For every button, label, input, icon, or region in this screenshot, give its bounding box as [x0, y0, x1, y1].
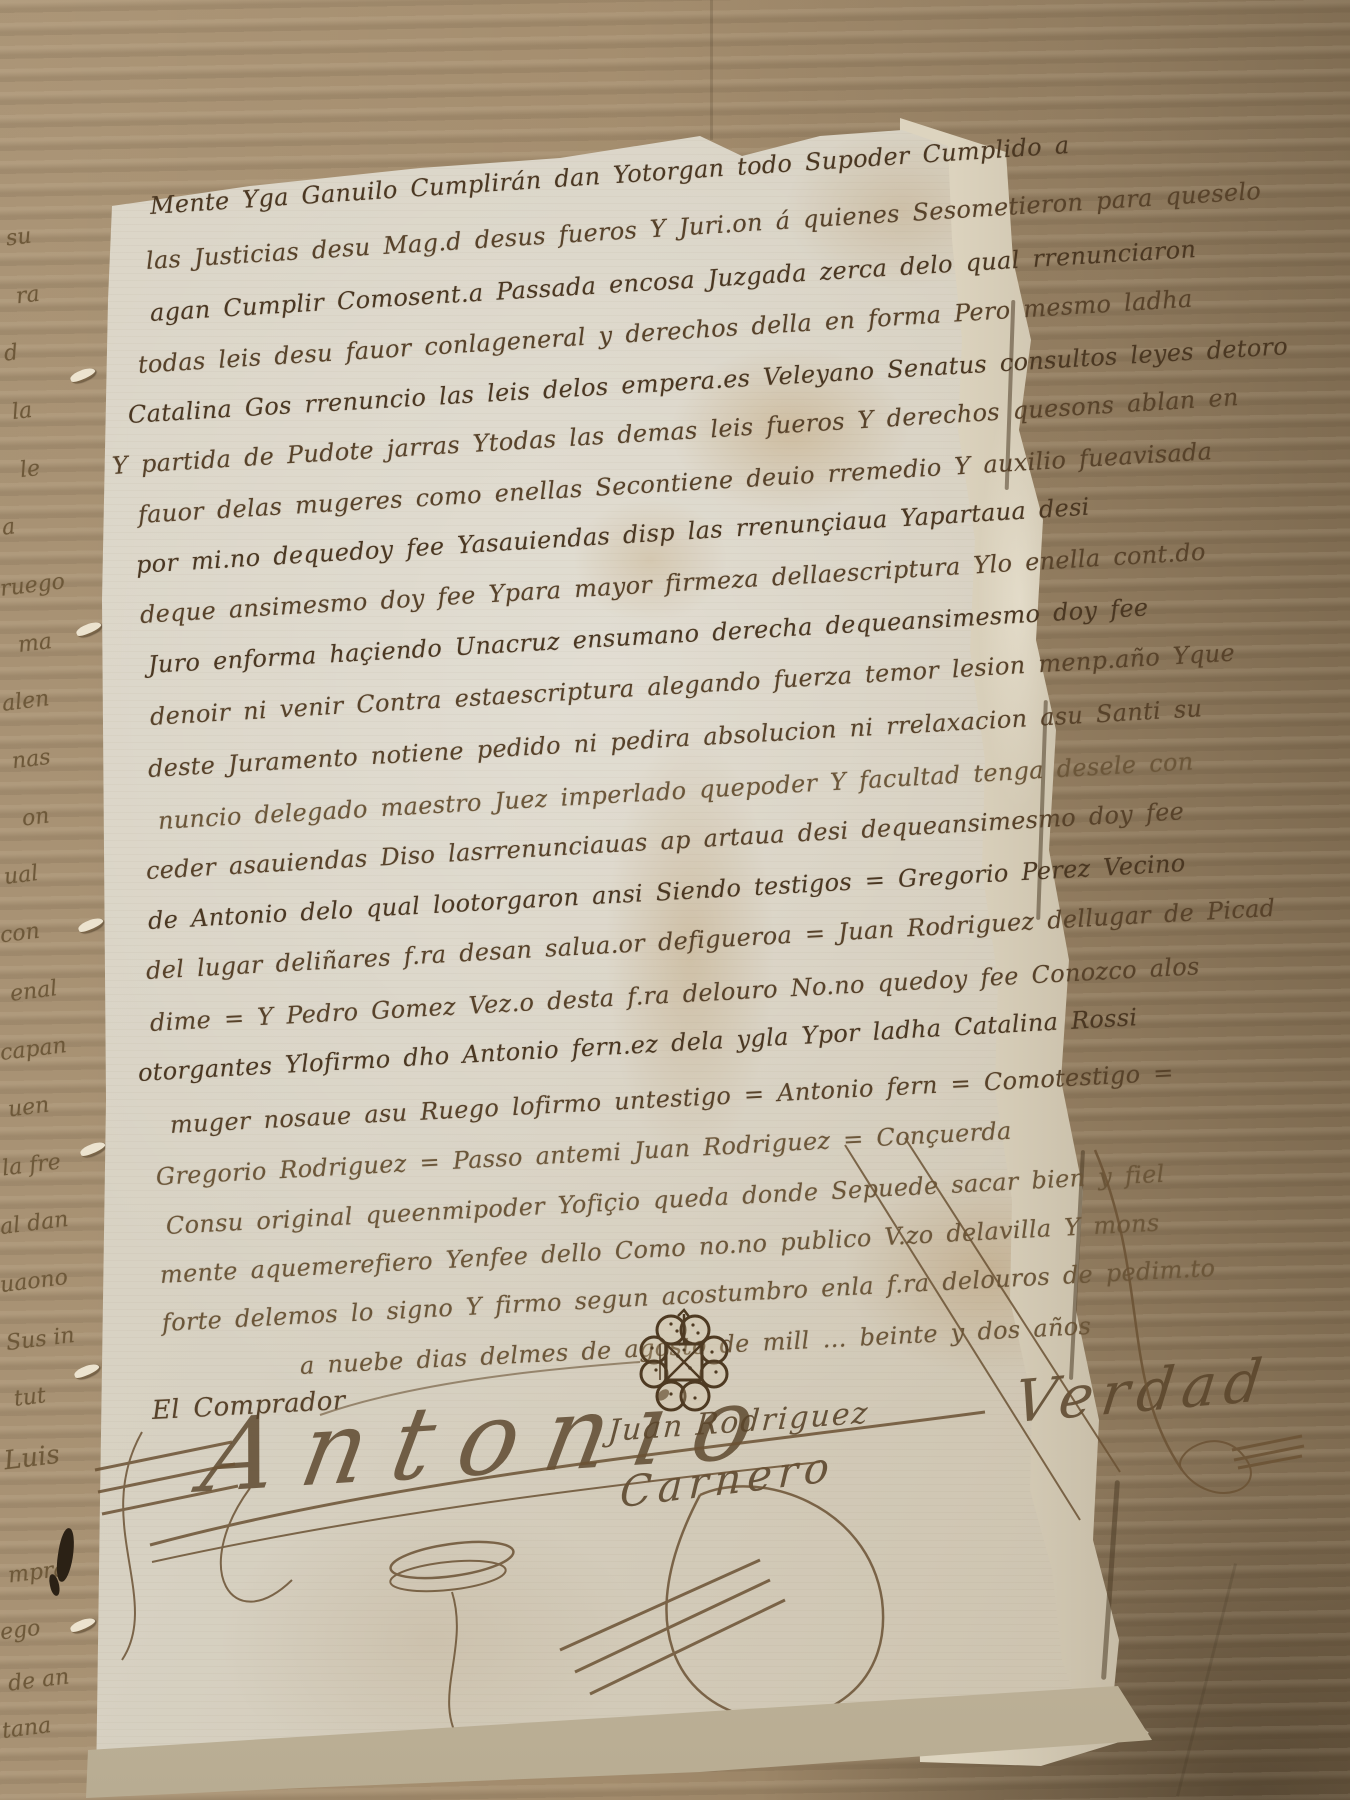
left-page-fragment: ma — [17, 629, 54, 658]
left-page-fragment: la — [11, 398, 34, 425]
left-page-fragment: ual — [3, 861, 40, 890]
left-page-fragment: tut — [13, 1383, 48, 1412]
left-page-fragment: nas — [11, 745, 52, 775]
left-page-fragment: ego — [0, 1616, 42, 1646]
notarial-seal-icon — [638, 1308, 730, 1420]
left-page-fragment: su — [5, 224, 33, 252]
left-page-fragment: le — [19, 456, 42, 483]
left-page-fragment: uen — [7, 1093, 51, 1123]
left-page-fragment: on — [21, 803, 51, 831]
left-page-fragment: con — [0, 919, 41, 949]
manuscript-photo: su ra d la le a ruego ma alen nas on ual… — [0, 0, 1350, 1800]
left-page-fragment: ra — [15, 282, 42, 310]
cardboard-crease — [710, 0, 713, 140]
left-page-fragment: d — [3, 340, 20, 367]
